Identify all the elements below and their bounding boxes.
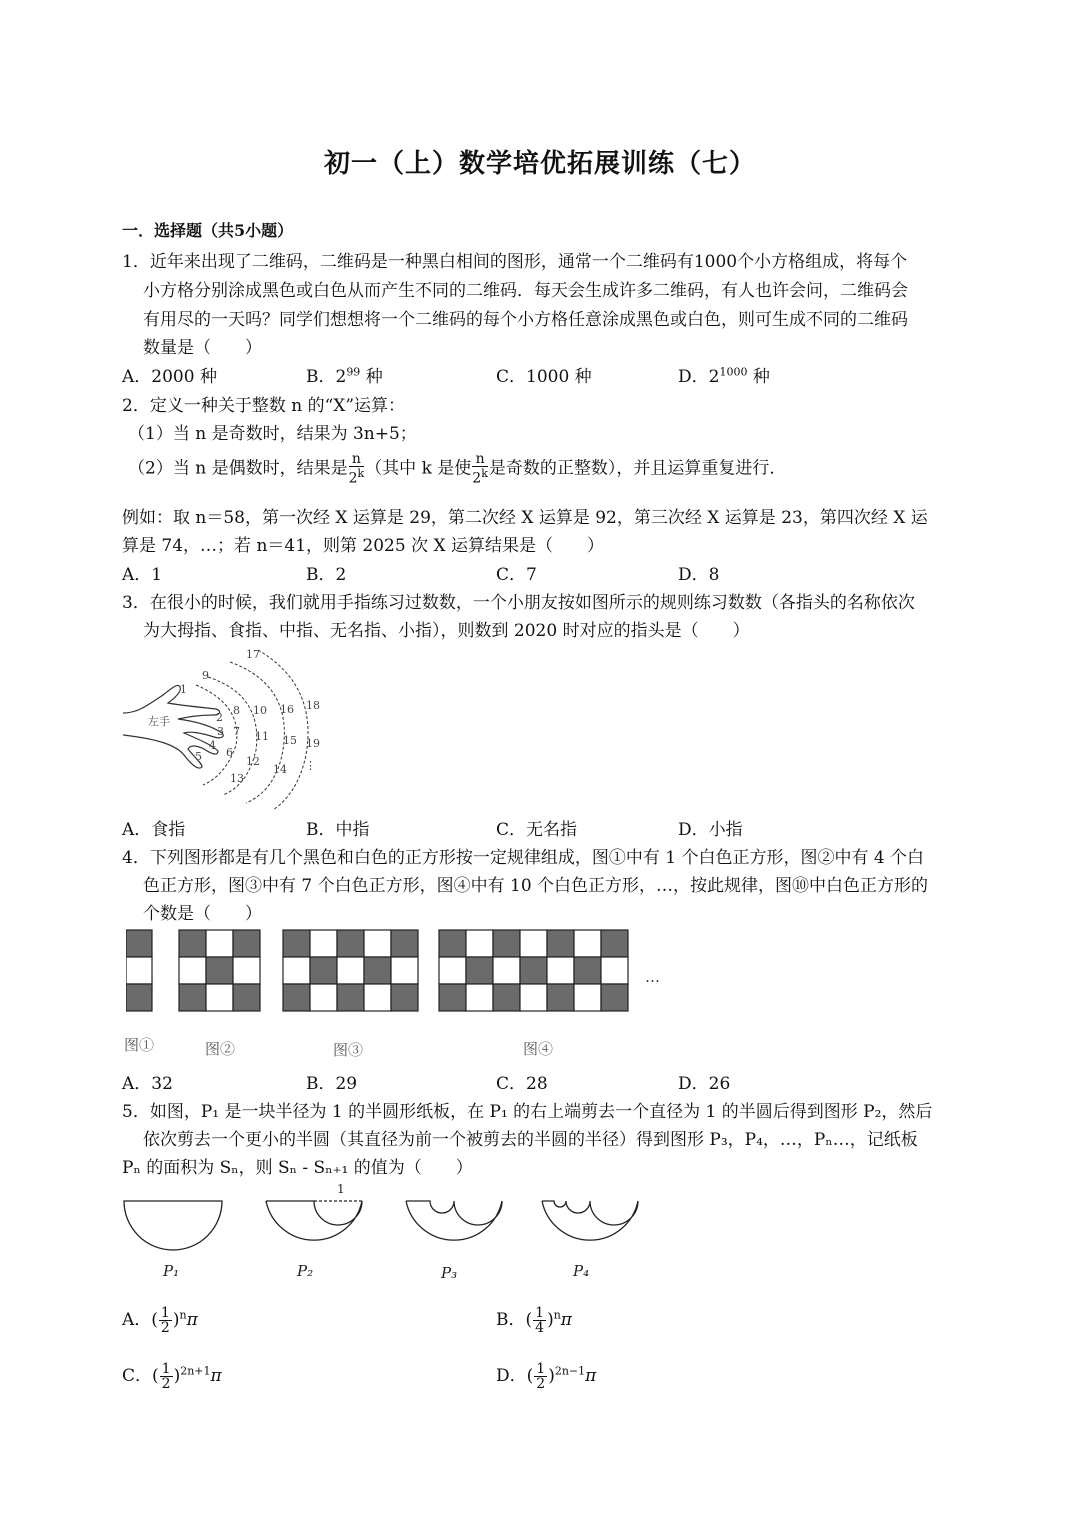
q5-option-a[interactable]: A．(12)nπ bbox=[122, 1305, 198, 1335]
frac-den: 2k bbox=[349, 467, 365, 486]
q1-d-base: D．2 bbox=[678, 367, 719, 387]
q4-line-3: 个数是（ ） bbox=[143, 899, 262, 924]
q2-option-b[interactable]: B．2 bbox=[306, 560, 346, 585]
pi-symbol: π bbox=[211, 1366, 222, 1386]
svg-text:6: 6 bbox=[226, 746, 233, 759]
frac-den-base: 2 bbox=[349, 471, 358, 487]
q2-line-3b: （其中 k 是使 bbox=[365, 458, 471, 478]
svg-text:10: 10 bbox=[253, 704, 267, 717]
q1-option-c[interactable]: C．1000 种 bbox=[496, 362, 592, 387]
caption-fig-3: 图③ bbox=[333, 1039, 363, 1060]
svg-text:17: 17 bbox=[246, 648, 260, 661]
svg-text:13: 13 bbox=[230, 772, 244, 785]
q5-option-c[interactable]: C．(12)2n+1π bbox=[122, 1361, 222, 1391]
frac-num: 1 bbox=[534, 1362, 547, 1377]
svg-text:11: 11 bbox=[255, 730, 269, 743]
svg-text:18: 18 bbox=[306, 699, 320, 712]
q3-option-b[interactable]: B．中指 bbox=[306, 815, 370, 840]
svg-text:14: 14 bbox=[273, 763, 287, 776]
frac-den-exp: k bbox=[358, 467, 365, 480]
q4-option-b[interactable]: B．29 bbox=[306, 1069, 357, 1094]
caption-p4: P₄ bbox=[573, 1262, 589, 1280]
pi-symbol: π bbox=[585, 1366, 596, 1386]
frac-den: 2 bbox=[159, 1321, 172, 1335]
frac-num: 1 bbox=[533, 1306, 546, 1321]
q3-option-c[interactable]: C．无名指 bbox=[496, 815, 577, 840]
q3-line-1: 3．在很小的时候，我们就用手指练习过数数，一个小朋友按如图所示的规则练习数数（各… bbox=[122, 588, 915, 613]
q4-option-a[interactable]: A．32 bbox=[122, 1069, 173, 1094]
fraction: 12 bbox=[159, 1306, 172, 1335]
fraction-n-over-2k: n2k bbox=[472, 452, 488, 486]
q5-option-d[interactable]: D．(12)2n−1π bbox=[496, 1361, 596, 1391]
svg-text:2: 2 bbox=[216, 711, 223, 724]
option-label: A． bbox=[122, 1310, 151, 1330]
q2-option-d[interactable]: D．8 bbox=[678, 560, 719, 585]
figure-ellipsis: … bbox=[645, 968, 660, 986]
svg-text:3: 3 bbox=[217, 725, 224, 738]
svg-text:12: 12 bbox=[246, 755, 260, 768]
frac-num: n bbox=[349, 452, 365, 467]
pi-symbol: π bbox=[187, 1310, 198, 1330]
q5-line-2: 依次剪去一个更小的半圆（其直径为前一个被剪去的半圆的半径）得到图形 P₃，P₄，… bbox=[143, 1125, 918, 1150]
caption-p2: P₂ bbox=[297, 1262, 313, 1280]
pi-symbol: π bbox=[561, 1310, 572, 1330]
frac-den-exp: k bbox=[481, 467, 488, 480]
fraction: 14 bbox=[533, 1306, 546, 1335]
q2-option-a[interactable]: A．1 bbox=[122, 560, 162, 585]
q1-option-a[interactable]: A．2000 种 bbox=[122, 362, 217, 387]
exponent: 2n+1 bbox=[180, 1364, 210, 1377]
page-title: 初一（上）数学培优拓展训练（七） bbox=[0, 143, 1080, 180]
svg-text:7: 7 bbox=[233, 725, 240, 738]
fraction-n-over-2k: n2k bbox=[349, 452, 365, 486]
svg-text:15: 15 bbox=[283, 734, 297, 747]
q1-line-3: 有用尽的一天吗？同学们想想将一个二维码的每个小方格任意涂成黑色或白色，则可生成不… bbox=[143, 305, 908, 330]
q3-line-2: 为大拇指、食指、中指、无名指、小指），则数到 2020 时对应的指头是（ ） bbox=[143, 616, 750, 641]
q2-line-3a: （2）当 n 是偶数时，结果是 bbox=[128, 458, 348, 478]
q1-option-b[interactable]: B．299 种 bbox=[306, 362, 383, 387]
q1-line-1: 1．近年来出现了二维码，二维码是一种黑白相间的图形，通常一个二维码有1000个小… bbox=[122, 247, 907, 272]
q4-option-d[interactable]: D．26 bbox=[678, 1069, 730, 1094]
caption-fig-2: 图② bbox=[205, 1038, 235, 1059]
caption-fig-1: 图① bbox=[124, 1034, 154, 1055]
q5-option-b[interactable]: B．(14)nπ bbox=[496, 1305, 572, 1335]
svg-text:19: 19 bbox=[306, 737, 320, 750]
svg-text:1: 1 bbox=[337, 1182, 345, 1196]
q2-option-c[interactable]: C．7 bbox=[496, 560, 537, 585]
option-label: C． bbox=[122, 1366, 152, 1386]
exponent: n bbox=[554, 1308, 561, 1321]
q3-option-d[interactable]: D．小指 bbox=[678, 815, 743, 840]
svg-text:5: 5 bbox=[195, 750, 202, 763]
checkerboard-figures bbox=[126, 928, 666, 1014]
fraction: 12 bbox=[534, 1362, 547, 1391]
fraction: 12 bbox=[160, 1362, 173, 1391]
finger-counting-figure: 左手 12345 6789 10111213 14151617 1819⋮ bbox=[118, 645, 338, 810]
q1-d-unit: 种 bbox=[747, 367, 769, 387]
q1-b-base: B．2 bbox=[306, 367, 346, 387]
section-heading: 一．选择题（共5小题） bbox=[122, 218, 293, 241]
exponent: 2n−1 bbox=[555, 1364, 585, 1377]
svg-text:1: 1 bbox=[180, 683, 187, 696]
q3-option-a[interactable]: A．食指 bbox=[122, 815, 185, 840]
q4-line-2: 色正方形，图③中有 7 个白色正方形，图④中有 10 个白色正方形，…，按此规律… bbox=[143, 871, 928, 896]
q5-line-1: 5．如图，P₁ 是一块半径为 1 的半圆形纸板，在 P₁ 的右上端剪去一个直径为… bbox=[122, 1097, 932, 1122]
q2-line-2: （1）当 n 是奇数时，结果为 3n+5； bbox=[128, 419, 417, 444]
q1-d-exp: 1000 bbox=[719, 365, 747, 378]
svg-text:左手: 左手 bbox=[148, 715, 170, 728]
q4-line-1: 4．下列图形都是有几个黑色和白色的正方形按一定规律组成，图①中有 1 个白色正方… bbox=[122, 843, 924, 868]
q5-line-3: Pₙ 的面积为 Sₙ，则 Sₙ - Sₙ₊₁ 的值为（ ） bbox=[122, 1153, 473, 1178]
frac-den: 2 bbox=[534, 1377, 547, 1391]
q1-line-2: 小方格分别涂成黑色或白色从而产生不同的二维码．每天会生成许多二维码，有人也许会问… bbox=[143, 276, 908, 301]
frac-num: n bbox=[472, 452, 488, 467]
svg-text:⋮: ⋮ bbox=[305, 759, 316, 772]
caption-p1: P₁ bbox=[163, 1262, 179, 1280]
caption-p3: P₃ bbox=[441, 1264, 457, 1282]
exponent: n bbox=[179, 1308, 186, 1321]
q2-line-3: （2）当 n 是偶数时，结果是n2k（其中 k 是使n2k是奇数的正整数），并且… bbox=[128, 452, 786, 486]
svg-text:9: 9 bbox=[202, 669, 209, 682]
q4-option-c[interactable]: C．28 bbox=[496, 1069, 548, 1094]
frac-num: 1 bbox=[159, 1306, 172, 1321]
svg-text:16: 16 bbox=[280, 703, 294, 716]
q2-line-1: 2．定义一种关于整数 n 的“X”运算： bbox=[122, 391, 405, 416]
q1-line-4: 数量是（ ） bbox=[143, 333, 262, 358]
frac-den-base: 2 bbox=[472, 471, 481, 487]
option-label: B． bbox=[496, 1310, 526, 1330]
svg-text:8: 8 bbox=[233, 704, 240, 717]
frac-den: 4 bbox=[533, 1321, 546, 1335]
q1-b-unit: 种 bbox=[360, 367, 382, 387]
q1-option-d[interactable]: D．21000 种 bbox=[678, 362, 770, 387]
q1-b-exp: 99 bbox=[346, 365, 360, 378]
q2-line-4: 例如：取 n＝58，第一次经 X 运算是 29，第二次经 X 运算是 92，第三… bbox=[122, 503, 928, 528]
svg-text:4: 4 bbox=[209, 739, 216, 752]
frac-den: 2 bbox=[160, 1377, 173, 1391]
frac-num: 1 bbox=[160, 1362, 173, 1377]
frac-den: 2k bbox=[472, 467, 488, 486]
option-label: D． bbox=[496, 1366, 527, 1386]
q2-line-5: 算是 74，…；若 n＝41，则第 2025 次 X 运算结果是（ ） bbox=[122, 531, 604, 556]
q2-line-3c: 是奇数的正整数），并且运算重复进行． bbox=[489, 458, 787, 478]
caption-fig-4: 图④ bbox=[523, 1038, 553, 1059]
